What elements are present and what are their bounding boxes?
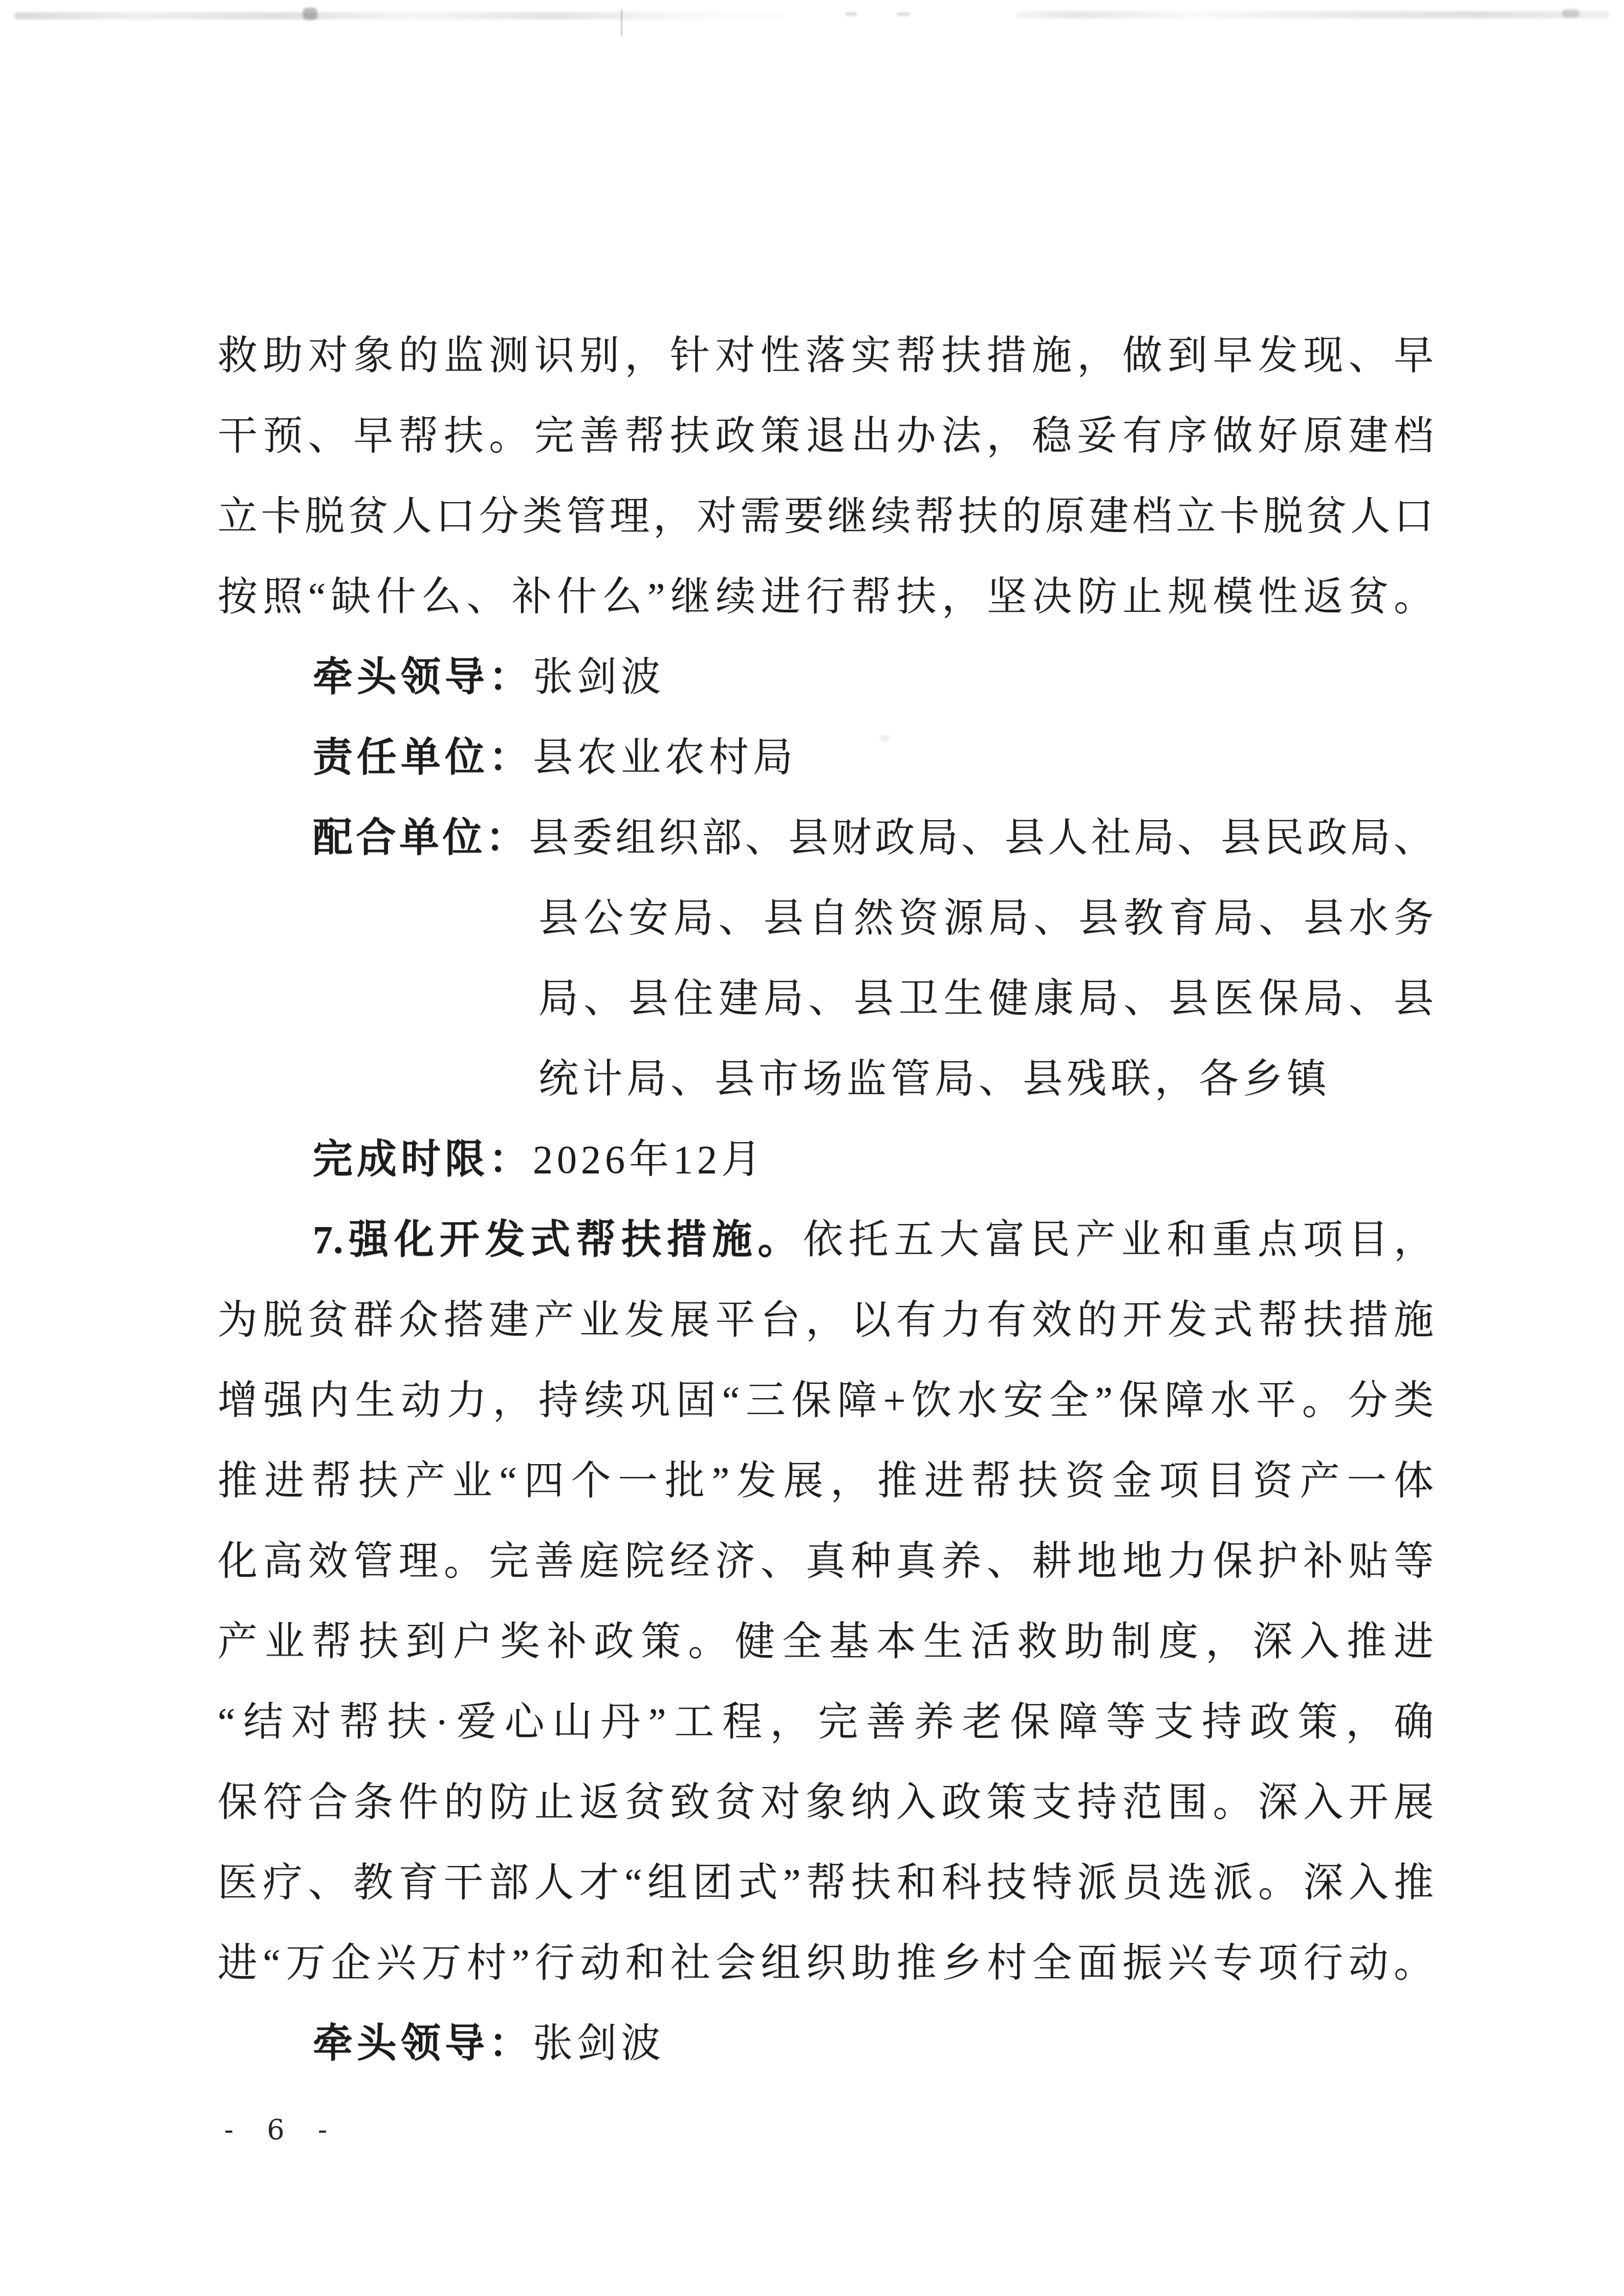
text-line: 统计局、县市场监管局、县残联，各乡镇 bbox=[218, 1039, 1434, 1119]
text-line-labeled: 牵头领导：张剑波 bbox=[218, 2003, 1434, 2084]
scan-artifact-tick bbox=[846, 12, 857, 16]
text-line: 推进帮扶产业“四个一批”发展，推进帮扶资金项目资产一体 bbox=[218, 1441, 1434, 1521]
line-text: 医疗、教育干部人才“组团式”帮扶和科技特派员选派。深入推 bbox=[218, 1860, 1434, 1905]
line-text: 张剑波 bbox=[533, 655, 665, 699]
line-text: 县公安局、县自然资源局、县教育局、县水务 bbox=[538, 896, 1434, 940]
line-bold-label: 牵头领导： bbox=[313, 655, 533, 699]
line-bold-label: 配合单位： bbox=[313, 816, 529, 860]
scan-artifact-tick bbox=[897, 12, 910, 16]
text-line-labeled: 配合单位：县委组织部、县财政局、县人社局、县民政局、 bbox=[218, 798, 1434, 878]
line-text: 局、县住建局、县卫生健康局、县医保局、县 bbox=[538, 976, 1434, 1021]
text-line-labeled: 责任单位：县农业农村局 bbox=[218, 717, 1434, 798]
line-text: 增强内生动力，持续巩固“三保障+饮水安全”保障水平。分类 bbox=[218, 1378, 1434, 1423]
text-line: 化高效管理。完善庭院经济、真种真养、耕地地力保护补贴等 bbox=[218, 1521, 1434, 1601]
text-line: 立卡脱贫人口分类管理，对需要继续帮扶的原建档立卡脱贫人口 bbox=[218, 476, 1434, 556]
scan-artifact-vertical-hair bbox=[621, 9, 622, 36]
line-bold-label: 完成时限： bbox=[313, 1137, 533, 1182]
text-line: 局、县住建局、县卫生健康局、县医保局、县 bbox=[218, 958, 1434, 1039]
text-line-labeled: 完成时限：2026年12月 bbox=[218, 1119, 1434, 1199]
text-line: “结对帮扶·爱心山丹”工程，完善养老保障等支持政策，确 bbox=[218, 1682, 1434, 1762]
line-text: 推进帮扶产业“四个一批”发展，推进帮扶资金项目资产一体 bbox=[218, 1458, 1434, 1503]
line-text: 为脱贫群众搭建产业发展平台，以有力有效的开发式帮扶措施 bbox=[218, 1298, 1434, 1342]
line-text: 依托五大富民产业和重点项目， bbox=[803, 1217, 1434, 1262]
page-number: - 6 - bbox=[224, 2102, 339, 2158]
line-text: 进“万企兴万村”行动和社会组织助推乡村全面振兴专项行动。 bbox=[218, 1941, 1434, 1985]
line-text: 2026年12月 bbox=[533, 1137, 765, 1182]
line-text: 干预、早帮扶。完善帮扶政策退出办法，稳妥有序做好原建档 bbox=[218, 414, 1434, 458]
line-text: 产业帮扶到户奖补政策。健全基本生活救助制度，深入推进 bbox=[218, 1619, 1434, 1664]
line-bold-label: 牵头领导： bbox=[313, 2021, 533, 2066]
text-line: 进“万企兴万村”行动和社会组织助推乡村全面振兴专项行动。 bbox=[218, 1923, 1434, 2003]
line-bold-label: 7.强化开发式帮扶措施。 bbox=[313, 1217, 803, 1262]
line-text: 立卡脱贫人口分类管理，对需要继续帮扶的原建档立卡脱贫人口 bbox=[218, 494, 1434, 539]
scan-artifact-top-left bbox=[14, 12, 785, 19]
line-text: 张剑波 bbox=[533, 2021, 665, 2066]
document-body: 救助对象的监测识别，针对性落实帮扶措施，做到早发现、早干预、早帮扶。完善帮扶政策… bbox=[218, 315, 1434, 2084]
line-text: “结对帮扶·爱心山丹”工程，完善养老保障等支持政策，确 bbox=[218, 1700, 1434, 1744]
text-line: 产业帮扶到户奖补政策。健全基本生活救助制度，深入推进 bbox=[218, 1601, 1434, 1682]
text-line: 县公安局、县自然资源局、县教育局、县水务 bbox=[218, 878, 1434, 958]
scan-artifact-dark-spot bbox=[303, 8, 317, 20]
line-bold-label: 责任单位： bbox=[313, 735, 533, 780]
text-line-labeled: 7.强化开发式帮扶措施。依托五大富民产业和重点项目， bbox=[218, 1199, 1434, 1280]
text-line-labeled: 牵头领导：张剑波 bbox=[218, 637, 1434, 717]
text-line: 干预、早帮扶。完善帮扶政策退出办法，稳妥有序做好原建档 bbox=[218, 396, 1434, 476]
line-text: 县委组织部、县财政局、县人社局、县民政局、 bbox=[529, 816, 1434, 860]
line-text: 统计局、县市场监管局、县残联，各乡镇 bbox=[538, 1057, 1331, 1101]
line-text: 救助对象的监测识别，针对性落实帮扶措施，做到早发现、早 bbox=[218, 333, 1434, 378]
text-line: 增强内生动力，持续巩固“三保障+饮水安全”保障水平。分类 bbox=[218, 1360, 1434, 1441]
text-line: 按照“缺什么、补什么”继续进行帮扶，坚决防止规模性返贫。 bbox=[218, 556, 1434, 637]
document-page: 救助对象的监测识别，针对性落实帮扶措施，做到早发现、早干预、早帮扶。完善帮扶政策… bbox=[0, 0, 1624, 2296]
line-text: 化高效管理。完善庭院经济、真种真养、耕地地力保护补贴等 bbox=[218, 1539, 1434, 1583]
text-line: 保符合条件的防止返贫致贫对象纳入政策支持范围。深入开展 bbox=[218, 1762, 1434, 1842]
scan-artifact-top-right bbox=[1016, 11, 1610, 18]
text-line: 医疗、教育干部人才“组团式”帮扶和科技特派员选派。深入推 bbox=[218, 1842, 1434, 1923]
scan-artifact-spot bbox=[1562, 9, 1579, 17]
text-line: 为脱贫群众搭建产业发展平台，以有力有效的开发式帮扶措施 bbox=[218, 1280, 1434, 1360]
line-text: 县农业农村局 bbox=[533, 735, 797, 780]
line-text: 保符合条件的防止返贫致贫对象纳入政策支持范围。深入开展 bbox=[218, 1780, 1434, 1825]
line-text: 按照“缺什么、补什么”继续进行帮扶，坚决防止规模性返贫。 bbox=[218, 574, 1434, 619]
text-line: 救助对象的监测识别，针对性落实帮扶措施，做到早发现、早 bbox=[218, 315, 1434, 396]
